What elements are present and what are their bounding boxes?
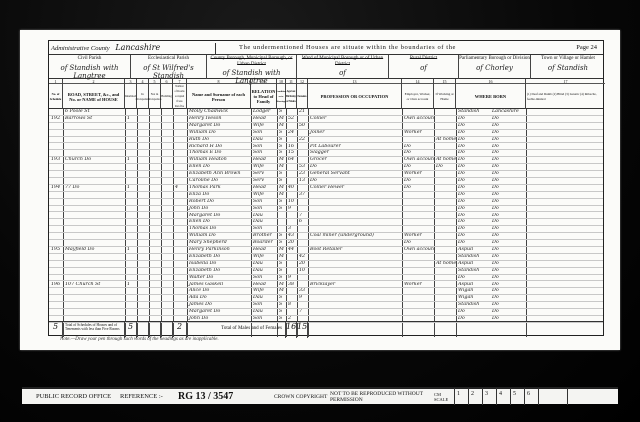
cell-name: Mary Shepherd xyxy=(187,240,251,246)
civil-parish: Civil Parish of Standish with Langtree xyxy=(49,55,131,79)
cell-emp: Do xyxy=(402,178,434,184)
cell-home xyxy=(434,226,456,232)
totals-row: 5 Total of Schedules of Houses and of Te… xyxy=(49,321,603,337)
cell-born2: Do xyxy=(490,171,526,177)
census-page: Administrative County Lancashire The und… xyxy=(20,30,620,350)
cell-home: Do xyxy=(434,164,456,170)
cell-born2: Do xyxy=(490,288,526,294)
cell-emp xyxy=(402,192,434,198)
col-occupation: 13PROFESSION OR OCCUPATION xyxy=(308,79,402,109)
ward-label: Ward of Municipal Borough or of Urban Di… xyxy=(297,56,388,67)
cell-sched xyxy=(49,109,63,115)
cell-born2: Do xyxy=(490,213,526,219)
cell-m: 40 xyxy=(286,185,297,191)
cell-rel: Son xyxy=(251,144,277,150)
cell-rel: Son xyxy=(251,302,277,308)
cell-m xyxy=(286,295,297,301)
cell-m xyxy=(286,171,297,177)
cell-born2: Do xyxy=(490,302,526,308)
cell-f: 20 xyxy=(297,261,308,267)
cell-occ xyxy=(308,288,402,294)
cell-born1: Wigan xyxy=(456,295,490,301)
cell-address xyxy=(63,164,125,170)
cell-f: 42 xyxy=(297,254,308,260)
cell-emp: Do xyxy=(402,240,434,246)
cell-emp: Worker xyxy=(402,130,434,136)
cell-rel: Wife xyxy=(251,254,277,260)
cell-name: William Do xyxy=(187,233,251,239)
cell-name: William Do xyxy=(187,130,251,136)
parliamentary-division: Parliamentary Borough or Division of Cho… xyxy=(459,55,531,79)
cell-inhab xyxy=(125,171,137,177)
cell-rooms xyxy=(173,282,187,288)
cell-address xyxy=(63,144,125,150)
census-row: Walter DoSonS9DoDo xyxy=(49,275,603,282)
cell-rel: Serv xyxy=(251,178,277,184)
cell-born1: Do xyxy=(456,206,490,212)
cell-rel: Head xyxy=(251,185,277,191)
cell-rel: Dau xyxy=(251,309,277,315)
census-row: Thomas E DoSonS15SlaggerDoDoDo xyxy=(49,150,603,157)
cell-m: 9 xyxy=(286,206,297,212)
parl-value: of Chorley xyxy=(459,64,530,72)
cell-occ xyxy=(308,219,402,225)
cell-born1: Wigan xyxy=(456,288,490,294)
cell-sched xyxy=(49,288,63,294)
census-row: Elizabeth DoDauS10StandishDo xyxy=(49,268,603,275)
cell-inhab xyxy=(125,123,137,129)
cell-cond: S xyxy=(277,295,286,301)
cell-sched: 194 xyxy=(49,185,63,191)
scale-mark: 4 xyxy=(496,388,510,405)
cell-rel: Son xyxy=(251,199,277,205)
cell-rooms xyxy=(173,171,187,177)
cell-home xyxy=(434,254,456,260)
cell-cond: M xyxy=(277,185,286,191)
col-label: Females xyxy=(297,84,307,109)
scale-mark: 3 xyxy=(482,388,496,405)
census-row: Ruth DoDauS22At homeDoDo xyxy=(49,137,603,144)
cell-occ: Collier Hewer xyxy=(308,185,402,191)
cell-name: Ada Do xyxy=(187,295,251,301)
cell-rooms xyxy=(173,164,187,170)
cell-m: 24 xyxy=(286,130,297,136)
cell-sched xyxy=(49,261,63,267)
cell-born2: Do xyxy=(490,309,526,315)
census-rows: 6 Poole StMolly ChadwickLodgerS21Standis… xyxy=(49,109,603,324)
cell-occ: Bricklayer xyxy=(308,282,402,288)
ward: Ward of Municipal Borough or of Urban Di… xyxy=(297,55,389,79)
cell-sched xyxy=(49,150,63,156)
scale-mark: 6 xyxy=(524,388,538,405)
town-value: of Standish xyxy=(531,64,605,72)
cell-home xyxy=(434,144,456,150)
cell-sched xyxy=(49,199,63,205)
cell-name: Walter Do xyxy=(187,275,251,281)
census-row: 196107 Church St1James GaskellHeadM38Bri… xyxy=(49,282,603,289)
cell-cond: M xyxy=(277,123,286,129)
cell-home xyxy=(434,295,456,301)
census-row: Richard H DoSonS16Pit LabourerDoDoDo xyxy=(49,144,603,151)
cell-born1: Do xyxy=(456,123,490,129)
public-record-office: PUBLIC RECORD OFFICE xyxy=(36,393,120,400)
cell-rel: Dau xyxy=(251,261,277,267)
cell-cond: M xyxy=(277,247,286,253)
cell-rel: Boarder xyxy=(251,240,277,246)
scale-mark: 1 xyxy=(454,388,468,405)
cell-occ xyxy=(308,240,402,246)
cell-emp xyxy=(402,295,434,301)
cell-born1: Do xyxy=(456,219,490,225)
cell-occ xyxy=(308,109,402,115)
cell-rel: Dau xyxy=(251,213,277,219)
cell-m: 9 xyxy=(286,275,297,281)
col-schedule: 1No. of Schedule xyxy=(49,79,63,109)
census-row: Ada DoDauS9WiganDo xyxy=(49,295,603,302)
cell-f: 50 xyxy=(297,123,308,129)
cell-name: Alice Do xyxy=(187,288,251,294)
cell-home: At home xyxy=(434,157,456,163)
cell-cond: S xyxy=(277,199,286,205)
cell-born2: Do xyxy=(490,275,526,281)
cell-occ xyxy=(308,261,402,267)
cell-sched xyxy=(49,219,63,225)
civil-parish-value: of Standish with Langtree xyxy=(49,64,130,80)
cell-f xyxy=(297,226,308,232)
cell-born2: Do xyxy=(490,123,526,129)
cell-address xyxy=(63,288,125,294)
cell-rel: Head xyxy=(251,282,277,288)
cell-name: Thomas E Do xyxy=(187,150,251,156)
cell-home: At home xyxy=(434,137,456,143)
cell-emp: Own account xyxy=(402,116,434,122)
cell-cond: S xyxy=(277,302,286,308)
cell-born2: Do xyxy=(490,219,526,225)
cell-occ xyxy=(308,213,402,219)
cell-m xyxy=(286,213,297,219)
census-row: 195Mayfield Do1Henry ParkinsonHeadM44Boo… xyxy=(49,247,603,254)
page-number: Page 24 xyxy=(576,44,597,51)
cell-address: Barrows St xyxy=(63,116,125,122)
col-working-home: 15If Working at Home xyxy=(434,79,456,109)
cell-cond: S xyxy=(277,130,286,136)
cell-sched xyxy=(49,144,63,150)
cell-rel: Son xyxy=(251,226,277,232)
cell-born1: Do xyxy=(456,164,490,170)
cell-name: Ellen Do xyxy=(187,219,251,225)
cell-cond: M xyxy=(277,282,286,288)
cell-f xyxy=(297,240,308,246)
total-females-value: 15 xyxy=(297,322,307,331)
col-label: Inhabited xyxy=(125,84,136,109)
col-not-in-occupation: 5Not in Occupation xyxy=(149,79,161,109)
census-row: Ellen DoWifeM53DoDoDoDoDo xyxy=(49,164,603,171)
cell-m xyxy=(286,164,297,170)
cell-home xyxy=(434,206,456,212)
cell-cond: S xyxy=(277,171,286,177)
cell-home xyxy=(434,247,456,253)
cell-address xyxy=(63,302,125,308)
col-label: Building xyxy=(161,84,172,109)
cell-sched xyxy=(49,164,63,170)
cell-rel: Son xyxy=(251,275,277,281)
cell-f: 6 xyxy=(297,219,308,225)
cell-inhab xyxy=(125,309,137,315)
cell-born1: Do xyxy=(456,233,490,239)
cell-occ: Do xyxy=(308,178,402,184)
cell-born2: Do xyxy=(490,233,526,239)
cell-rooms xyxy=(173,150,187,156)
census-form: Administrative County Lancashire The und… xyxy=(48,40,604,336)
cell-rooms xyxy=(173,157,187,163)
cell-m xyxy=(286,268,297,274)
census-row: 192Barrows St1Henry IvesonHeadM52Collier… xyxy=(49,116,603,123)
cell-sched xyxy=(49,123,63,129)
cell-born1: Standish xyxy=(456,302,490,308)
cell-emp xyxy=(402,199,434,205)
cell-m: 64 xyxy=(286,157,297,163)
cell-rooms xyxy=(173,240,187,246)
cell-born1: Do xyxy=(456,157,490,163)
cell-address xyxy=(63,130,125,136)
total-rooms: 2 xyxy=(173,322,187,338)
cell-address: 107 Church St xyxy=(63,282,125,288)
cell-emp xyxy=(402,261,434,267)
cell-emp xyxy=(402,137,434,143)
cell-address xyxy=(63,199,125,205)
cell-inhab xyxy=(125,261,137,267)
cell-m: 38 xyxy=(286,282,297,288)
cell-m: 52 xyxy=(286,116,297,122)
ward-value: of xyxy=(297,69,388,77)
cell-rel: Head xyxy=(251,116,277,122)
cell-born1: Standish xyxy=(456,268,490,274)
cell-address xyxy=(63,233,125,239)
cell-m: 15 xyxy=(286,150,297,156)
cell-rel: Son xyxy=(251,206,277,212)
cell-born2: Do xyxy=(490,261,526,267)
cell-home xyxy=(434,150,456,156)
census-row: Isabella DoDauS20At homeAspullDo xyxy=(49,261,603,268)
cell-home xyxy=(434,213,456,219)
cell-born2: Do xyxy=(490,254,526,260)
scale-mark: 2 xyxy=(468,388,482,405)
cell-name: Margaret Do xyxy=(187,309,251,315)
cell-home xyxy=(434,275,456,281)
cell-rooms xyxy=(173,261,187,267)
cell-born2: Do xyxy=(490,164,526,170)
cell-rel: Serv xyxy=(251,171,277,177)
cell-inhab xyxy=(125,226,137,232)
cell-home xyxy=(434,282,456,288)
cell-sched xyxy=(49,309,63,315)
census-row: William DoSonS24JoinerWorkerDoDo xyxy=(49,130,603,137)
cell-name: Ruth Do xyxy=(187,137,251,143)
cell-home xyxy=(434,109,456,115)
cell-rooms xyxy=(173,254,187,260)
cell-rel: Wife xyxy=(251,288,277,294)
cell-occ xyxy=(308,295,402,301)
district-row: Civil Parish of Standish with Langtree E… xyxy=(49,55,603,79)
total-females: 15 xyxy=(297,322,308,338)
cell-f xyxy=(297,199,308,205)
cell-m xyxy=(286,219,297,225)
col-label: PROFESSION OR OCCUPATION xyxy=(308,84,401,109)
cell-born1: Do xyxy=(456,178,490,184)
cell-inhab xyxy=(125,206,137,212)
cell-inhab xyxy=(125,164,137,170)
cell-born1: Aspull xyxy=(456,261,490,267)
cell-rooms xyxy=(173,109,187,115)
cell-born1: Do xyxy=(456,185,490,191)
cell-born2: Do xyxy=(490,130,526,136)
cell-sched xyxy=(49,254,63,260)
cell-emp: Worker xyxy=(402,233,434,239)
cell-sched xyxy=(49,233,63,239)
cell-born1: Do xyxy=(456,226,490,232)
cell-born2: Lancashire xyxy=(490,109,526,115)
census-row: Caroline DoServS13DoDoDoDo xyxy=(49,178,603,185)
eccl-parish: Ecclesiastical Parish of St Wilfred's St… xyxy=(131,55,207,79)
cell-emp xyxy=(402,206,434,212)
cell-cond: S xyxy=(277,309,286,315)
parl-label: Parliamentary Borough or Division xyxy=(459,56,530,62)
col-label: Condition as to Marriage xyxy=(277,84,285,109)
cell-f: 13 xyxy=(297,178,308,184)
cell-inhab xyxy=(125,144,137,150)
cell-home xyxy=(434,288,456,294)
total-in-occ xyxy=(137,322,149,338)
cell-cond: S xyxy=(277,275,286,281)
col-name: 8Name and Surname of each Person xyxy=(187,79,251,109)
cell-inhab xyxy=(125,268,137,274)
cell-address xyxy=(63,213,125,219)
cell-emp xyxy=(402,254,434,260)
cell-home xyxy=(434,219,456,225)
cell-occ: Pit Labourer xyxy=(308,144,402,150)
cell-inhab xyxy=(125,240,137,246)
cell-inhab xyxy=(125,178,137,184)
cell-emp xyxy=(402,226,434,232)
cell-occ xyxy=(308,302,402,308)
col-condition: 10Condition as to Marriage xyxy=(277,79,286,109)
cell-emp xyxy=(402,109,434,115)
cell-m: 3 xyxy=(286,226,297,232)
cell-rel: Brother xyxy=(251,233,277,239)
cell-rooms xyxy=(173,309,187,315)
col-relation: 9RELATION to Head of Family xyxy=(251,79,277,109)
cell-born2: Do xyxy=(490,268,526,274)
cell-name: James Gaskell xyxy=(187,282,251,288)
cell-rel: Dau xyxy=(251,268,277,274)
cell-name: Margaret Do xyxy=(187,213,251,219)
total-houses-value: 5 xyxy=(128,322,133,331)
cell-sched xyxy=(49,295,63,301)
cell-name: William Heaton xyxy=(187,157,251,163)
cell-occ xyxy=(308,206,402,212)
cell-home xyxy=(434,268,456,274)
col-label: ROAD, STREET, &c., and No. or NAME of HO… xyxy=(63,84,124,109)
cell-f xyxy=(297,302,308,308)
cell-home xyxy=(434,185,456,191)
total-rooms-value: 2 xyxy=(177,322,182,331)
cell-sched: 196 xyxy=(49,282,63,288)
cell-name: Caroline Do xyxy=(187,178,251,184)
cell-name: John Do xyxy=(187,206,251,212)
cell-sched xyxy=(49,171,63,177)
cell-rooms xyxy=(173,178,187,184)
cell-born1: Do xyxy=(456,171,490,177)
cell-name: Thomas Do xyxy=(187,226,251,232)
cell-born1: Do xyxy=(456,240,490,246)
cell-born2: Do xyxy=(490,137,526,143)
cell-occ xyxy=(308,199,402,205)
cell-inhab xyxy=(125,288,137,294)
cell-m: 44 xyxy=(286,247,297,253)
cell-home: At home xyxy=(434,261,456,267)
cell-rel: Dau xyxy=(251,219,277,225)
cell-rooms xyxy=(173,268,187,274)
cell-name: Robert Do xyxy=(187,199,251,205)
col-building: 6Building xyxy=(161,79,173,109)
cell-occ xyxy=(308,192,402,198)
col-rooms: 7Number of Rooms occupied if less than f… xyxy=(173,79,187,109)
cell-rooms xyxy=(173,116,187,122)
cell-m xyxy=(286,109,297,115)
cell-home xyxy=(434,199,456,205)
cell-born1: Do xyxy=(456,213,490,219)
cell-sched xyxy=(49,268,63,274)
cell-address xyxy=(63,275,125,281)
cell-cond: S xyxy=(277,178,286,184)
scale-mark: 5 xyxy=(510,388,524,405)
eccl-parish-value: of St Wilfred's Standish xyxy=(131,64,206,80)
cell-cond xyxy=(277,219,286,225)
cell-born2: Do xyxy=(490,206,526,212)
cell-f: 21 xyxy=(297,109,308,115)
rural-value: of xyxy=(389,64,458,72)
cell-cond xyxy=(277,226,286,232)
cell-name: Henry Iveson xyxy=(187,116,251,122)
cell-rooms xyxy=(173,295,187,301)
cell-name: Isabella Do xyxy=(187,261,251,267)
cell-home xyxy=(434,192,456,198)
census-row: Margaret DoDauS7DoDo xyxy=(49,309,603,316)
census-row: Alice DoWifeM33WiganDo xyxy=(49,288,603,295)
cell-inhab xyxy=(125,192,137,198)
census-row: James DoSonS8StandishDo xyxy=(49,302,603,309)
town-village: Town or Village or Hamlet of Standish xyxy=(531,55,605,79)
cell-occ: Coal miner (underground) xyxy=(308,233,402,239)
cell-rooms xyxy=(173,123,187,129)
cell-f xyxy=(297,282,308,288)
cell-emp xyxy=(402,123,434,129)
cell-rooms xyxy=(173,219,187,225)
cell-sched xyxy=(49,302,63,308)
census-row: 19477 Do14Thomas ParkHeadM40Collier Hewe… xyxy=(49,185,603,192)
cell-born2: Do xyxy=(490,247,526,253)
cell-rooms xyxy=(173,275,187,281)
cell-occ xyxy=(308,309,402,315)
cell-rooms xyxy=(173,192,187,198)
cell-rel: Head xyxy=(251,247,277,253)
cell-name: Elizabeth Ann Brown xyxy=(187,171,251,177)
cell-born2: Do xyxy=(490,144,526,150)
cell-name: Elizabeth Do xyxy=(187,268,251,274)
col-label: In Occupation xyxy=(137,84,148,109)
cell-inhab xyxy=(125,254,137,260)
cell-f xyxy=(297,144,308,150)
